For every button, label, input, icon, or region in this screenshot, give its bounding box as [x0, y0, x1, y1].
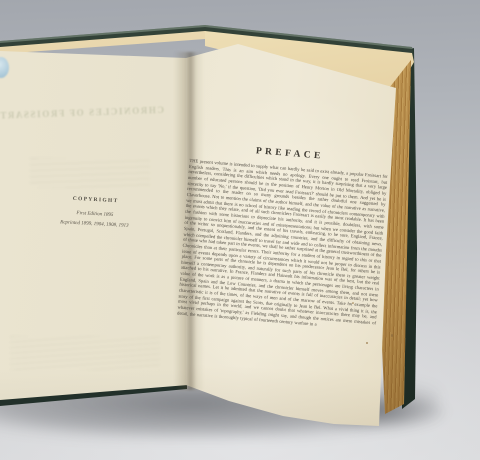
- copyright-block: COPYRIGHT First Edition 1895 Reprinted 1…: [33, 194, 156, 231]
- preface-body-text: THE present volume is intended to supply…: [177, 158, 388, 332]
- photo-of-open-book: CHRONICLES OF FROISSART COPYRIGHT First …: [0, 0, 480, 460]
- foxing-speck: [391, 334, 393, 337]
- foxing-speck: [366, 342, 368, 344]
- show-through-smudge-bottom: [10, 336, 160, 370]
- preface-text-block: PREFACE THE present volume is intended t…: [177, 141, 389, 332]
- foxing-speck: [352, 302, 354, 304]
- show-through-smudge: [30, 158, 150, 188]
